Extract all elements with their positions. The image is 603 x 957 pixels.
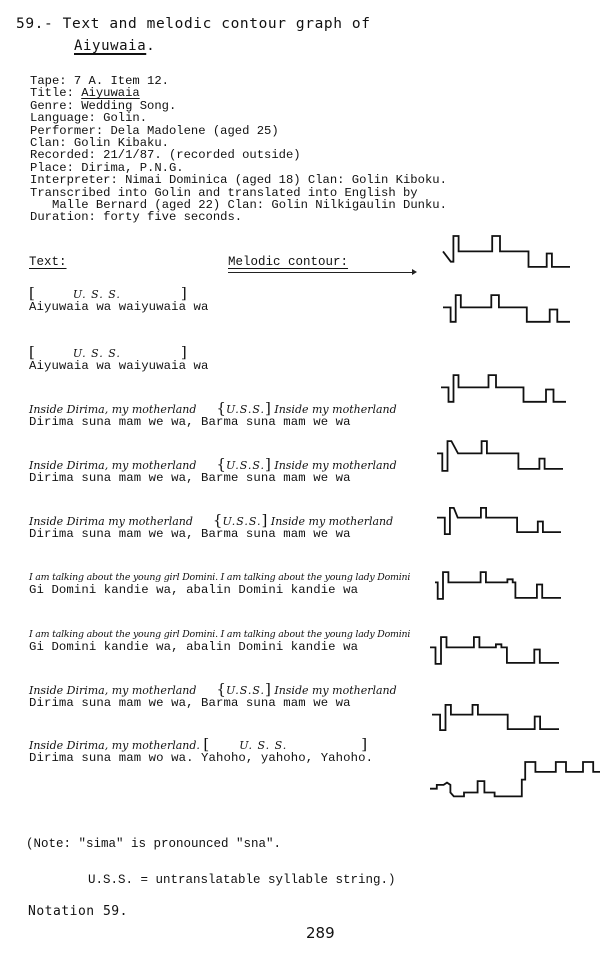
notation-label: Notation 59. xyxy=(28,904,128,919)
verse-block: I am talking about the young girl Domini… xyxy=(29,626,410,654)
melodic-contour-graph xyxy=(435,567,561,603)
verse-block: Inside Dirima, my motherland{U.S.S.] Ins… xyxy=(29,457,397,485)
verse-block: [U. S. S.]Aiyuwaia wa waiyuwaia wa xyxy=(29,345,209,373)
uss-definition-note: U.S.S. = untranslatable syllable string.… xyxy=(88,873,396,887)
verse-block: [U. S. S.]Aiyuwaia wa waiyuwaia wa xyxy=(29,286,209,314)
melodic-contour-graph xyxy=(430,632,559,668)
section-number: 59.- xyxy=(16,16,53,32)
metadata-row: Duration: forty five seconds. xyxy=(30,211,447,223)
lyric-line: Dirima suna mam wo wa. Yahoho, yahoho, Y… xyxy=(29,752,373,765)
lyric-line: Aiyuwaia wa waiyuwaia wa xyxy=(29,301,209,314)
lyric-line: Gi Domini kandie wa, abalin Domini kandi… xyxy=(29,641,410,654)
melodic-contour-graph xyxy=(437,438,563,474)
melodic-contour-graph xyxy=(437,503,561,537)
verse-block: Inside Dirima, my motherland{U.S.S.] Ins… xyxy=(29,401,397,429)
verse-block: Inside Dirima, my motherland. [U. S. S.]… xyxy=(29,737,373,765)
section-heading-text: Text and melodic contour graph of xyxy=(63,16,371,32)
melodic-contour-graph xyxy=(432,700,559,734)
handwritten-gloss: Inside Dirima, my motherland. [U. S. S.] xyxy=(29,737,373,752)
page-number: 289 xyxy=(306,924,335,942)
handwritten-gloss: [U. S. S.] xyxy=(29,345,209,360)
handwritten-gloss: I am talking about the young girl Domini… xyxy=(29,569,410,584)
handwritten-gloss: I am talking about the young girl Domini… xyxy=(29,626,410,641)
section-heading: 59.- Text and melodic contour graph of xyxy=(16,16,371,32)
melodic-contour-label: Melodic contour: xyxy=(228,255,348,269)
verse-block: Inside Dirima my motherland{U.S.S.] Insi… xyxy=(29,513,393,541)
metadata-label: Duration: xyxy=(30,210,103,224)
lyric-line: Gi Domini kandie wa, abalin Domini kandi… xyxy=(29,584,410,597)
melodic-contour-graph xyxy=(443,292,570,328)
handwritten-gloss: [U. S. S.] xyxy=(29,286,209,301)
handwritten-gloss: Inside Dirima, my motherland{U.S.S.] Ins… xyxy=(29,401,397,416)
melodic-contour-graph xyxy=(430,762,600,804)
metadata-value: forty five seconds. xyxy=(103,210,242,224)
gloss-text: I am talking about the young girl Domini… xyxy=(29,629,410,640)
melodic-contour-graph xyxy=(443,236,570,272)
song-title-heading: Aiyuwaia. xyxy=(74,38,155,54)
pronunciation-note: (Note: "sima" is pronounced "sna". xyxy=(26,837,281,851)
song-title: Aiyuwaia xyxy=(74,38,146,54)
gloss-text: I am talking about the young girl Domini… xyxy=(29,572,410,583)
lyric-line: Dirima suna mam we wa, Barma suna mam we… xyxy=(29,697,397,710)
verse-block: I am talking about the young girl Domini… xyxy=(29,569,410,597)
lyric-line: Aiyuwaia wa waiyuwaia wa xyxy=(29,360,209,373)
handwritten-gloss: Inside Dirima, my motherland{U.S.S.] Ins… xyxy=(29,682,397,697)
handwritten-gloss: Inside Dirima my motherland{U.S.S.] Insi… xyxy=(29,513,393,528)
recording-metadata: Tape: 7 A. Item 12.Title: AiyuwaiaGenre:… xyxy=(30,75,447,224)
arrow-icon xyxy=(228,272,414,275)
verse-block: Inside Dirima, my motherland{U.S.S.] Ins… xyxy=(29,682,397,710)
lyric-line: Dirima suna mam we wa, Barme suna mam we… xyxy=(29,472,397,485)
melodic-contour-graph xyxy=(441,372,566,408)
handwritten-gloss: Inside Dirima, my motherland{U.S.S.] Ins… xyxy=(29,457,397,472)
lyric-line: Dirima suna mam we wa, Barma suna mam we… xyxy=(29,528,393,541)
text-column-label: Text: xyxy=(29,255,67,269)
lyric-line: Dirima suna mam we wa, Barma suna mam we… xyxy=(29,416,397,429)
